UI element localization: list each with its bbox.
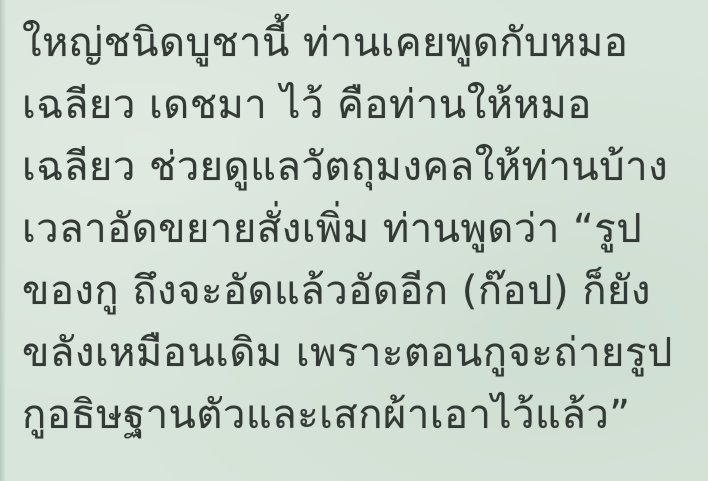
page-edge-shadow — [0, 0, 6, 481]
text-line-5: ของกู ถึงจะอัดแล้วอัดอีก (ก๊อป) ก็ยัง — [22, 260, 702, 322]
newspaper-clipping: ใหญ่ชนิดบูชานี้ ท่านเคยพูดกับหมอ เฉลียว … — [0, 0, 708, 481]
text-line-6: ขลังเหมือนเดิม เพราะตอนกูจะถ่ายรูป — [22, 322, 702, 384]
text-line-1: ใหญ่ชนิดบูชานี้ ท่านเคยพูดกับหมอ — [22, 12, 702, 74]
text-column: ใหญ่ชนิดบูชานี้ ท่านเคยพูดกับหมอ เฉลียว … — [22, 4, 702, 446]
text-line-3: เฉลียว ช่วยดูแลวัตถุมงคลให้ท่านบ้าง — [22, 136, 702, 198]
text-line-2: เฉลียว เดชมา ไว้ คือท่านให้หมอ — [22, 74, 702, 136]
text-line-7: กูอธิษฐานตัวและเสกผ้าเอาไว้แล้ว” — [22, 384, 702, 446]
text-line-4: เวลาอัดขยายสั่งเพิ่ม ท่านพูดว่า “รูป — [22, 198, 702, 260]
